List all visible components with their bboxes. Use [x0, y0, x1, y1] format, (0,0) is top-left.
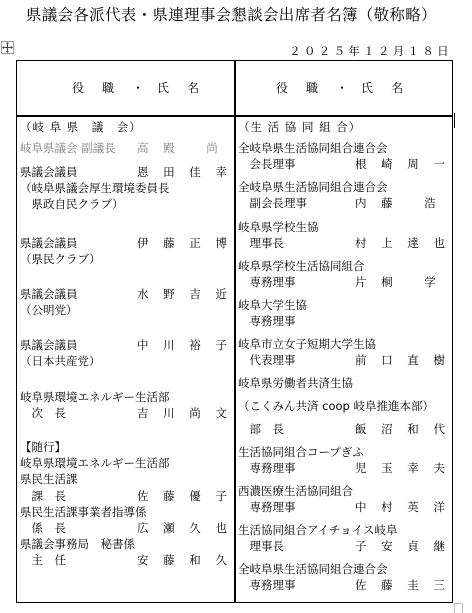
attendee-position: 理事長: [238, 538, 284, 554]
attendee-position: 課 長: [20, 488, 66, 504]
attendee-name: 前 口 直 樹: [355, 352, 450, 368]
organization-text: （日本共産党）: [20, 353, 101, 369]
organization-text: 岐阜県環境エネルギー生活部: [20, 455, 170, 471]
header-right: 役職・氏名: [276, 79, 403, 96]
attendee-position: 岐阜県議会 副議長: [20, 140, 116, 156]
attendee-name: 佐 藤 優 子: [137, 488, 232, 504]
attendee-table[interactable]: 役職・氏名 役職・氏名 （岐 阜 県 議 会）岐阜県議会 副議長高 殿 尚県議会…: [16, 60, 453, 603]
header-left: 役職・氏名: [72, 79, 199, 96]
attendee-name: 中 川 裕 子: [137, 337, 232, 353]
document-title: 県議会各派代表・県連理事会懇談会出席者名簿（敬称略）: [26, 3, 437, 25]
attendee-position: 専務理事: [238, 577, 296, 593]
attendee-position: 部 長: [238, 421, 284, 437]
attendee-name: 佐 藤 圭 三: [355, 577, 450, 593]
organization-text: （公明党）: [20, 302, 78, 318]
organization-text: 県民生活課: [20, 471, 78, 487]
right-column: （生 活 協 同 組 合）全岐阜県生活協同組合連合会 会長理事根 崎 周 一全岐…: [238, 117, 450, 602]
organization-text: 県民生活課事業者指導係: [20, 504, 147, 520]
left-column: （岐 阜 県 議 会）岐阜県議会 副議長高 殿 尚県議会議員恩 田 佳 幸（岐阜…: [20, 117, 232, 602]
header-char: ・: [336, 79, 348, 96]
organization-text: 岐阜市立女子短期大学生協: [238, 336, 376, 352]
attendee-position: 代表理事: [238, 352, 296, 368]
organization-text: 岐阜大学生協: [238, 297, 307, 313]
move-cross-icon: [2, 42, 13, 53]
attendee-name: 高 殿 尚: [137, 140, 223, 156]
column-divider: [234, 61, 236, 602]
header-char: 氏: [361, 79, 373, 96]
organization-text: 西濃医療生活協同組合: [238, 483, 353, 499]
header-char: 職: [102, 79, 114, 96]
organization-text: 岐阜県労働者共済生協: [238, 375, 353, 391]
document-date: ２０２５年１２月１８日: [289, 43, 452, 59]
organization-text: 全岐阜県生活協同組合連合会: [238, 561, 388, 577]
attendee-position: 主 任: [20, 552, 66, 568]
organization-text: （岐阜県議会厚生環境委員長: [20, 180, 170, 196]
organization-text: 岐阜県学校生活協同組合: [238, 258, 365, 274]
header-char: 名: [391, 79, 403, 96]
organization-text: 全岐阜県生活協同組合連合会: [238, 140, 388, 156]
attendee-name: 恩 田 佳 幸: [137, 164, 232, 180]
attendee-position: 県議会議員: [20, 235, 78, 251]
attendee-name: 吉 川 尚 文: [137, 405, 232, 421]
text-cursor: [454, 113, 455, 128]
attendee-name: 飯 沼 和 代: [355, 421, 450, 437]
organization-text: （こくみん共済 coop 岐阜推進本部）: [238, 398, 434, 414]
attendee-position: 専務理事: [238, 313, 296, 329]
attendee-position: 県議会議員: [20, 337, 78, 353]
header-char: 役: [276, 79, 288, 96]
attendee-position: 県議会議員: [20, 286, 78, 302]
organization-text: 県議会事務局 秘書係: [20, 536, 135, 552]
organization-text: 生活協同組合コープぎふ: [238, 444, 364, 460]
attendee-position: 理事長: [238, 235, 284, 251]
header-char: ・: [132, 79, 144, 96]
attendee-position: 係 長: [20, 520, 66, 536]
group-heading: （生 活 協 同 組 合）: [238, 119, 361, 135]
organization-text: （県民クラブ）: [20, 251, 101, 267]
attendee-name: 安 藤 和 久: [137, 552, 232, 568]
organization-text: 岐阜県環境エネルギー生活部: [20, 389, 170, 405]
header-char: 名: [187, 79, 199, 96]
attendee-name: 水 野 吉 近: [137, 286, 232, 302]
attendee-name: 児 玉 幸 夫: [355, 460, 450, 476]
header-char: 役: [72, 79, 84, 96]
organization-text: 生活協同組合アイチョイス岐阜: [238, 522, 398, 538]
header-char: 氏: [157, 79, 169, 96]
table-resize-handle[interactable]: [454, 603, 463, 613]
organization-text: 【随行】: [20, 439, 66, 455]
attendee-name: 片 桐 学: [355, 274, 441, 290]
attendee-name: 広 瀬 久 也: [137, 520, 232, 536]
organization-text: 県政自民クラブ）: [20, 196, 124, 212]
organization-text: 岐阜県学校生協: [238, 219, 319, 235]
organization-text: 全岐阜県生活協同組合連合会: [238, 179, 388, 195]
attendee-name: 村 上 達 也: [355, 235, 450, 251]
attendee-position: 専務理事: [238, 274, 296, 290]
attendee-name: 内 藤 浩: [355, 195, 441, 211]
group-heading: （岐 阜 県 議 会）: [20, 119, 142, 135]
attendee-name: 根 崎 周 一: [355, 156, 450, 172]
attendee-position: 県議会議員: [20, 164, 78, 180]
attendee-position: 専務理事: [238, 460, 296, 476]
attendee-name: 伊 藤 正 博: [137, 235, 232, 251]
attendee-position: 副会長理事: [238, 195, 307, 211]
attendee-name: 子 安 貞 継: [355, 538, 450, 554]
table-move-handle[interactable]: [1, 41, 14, 54]
attendee-position: 次 長: [20, 405, 66, 421]
attendee-position: 専務理事: [238, 499, 296, 515]
attendee-name: 中 村 英 洋: [355, 499, 450, 515]
attendee-position: 会長理事: [238, 156, 296, 172]
header-char: 職: [306, 79, 318, 96]
